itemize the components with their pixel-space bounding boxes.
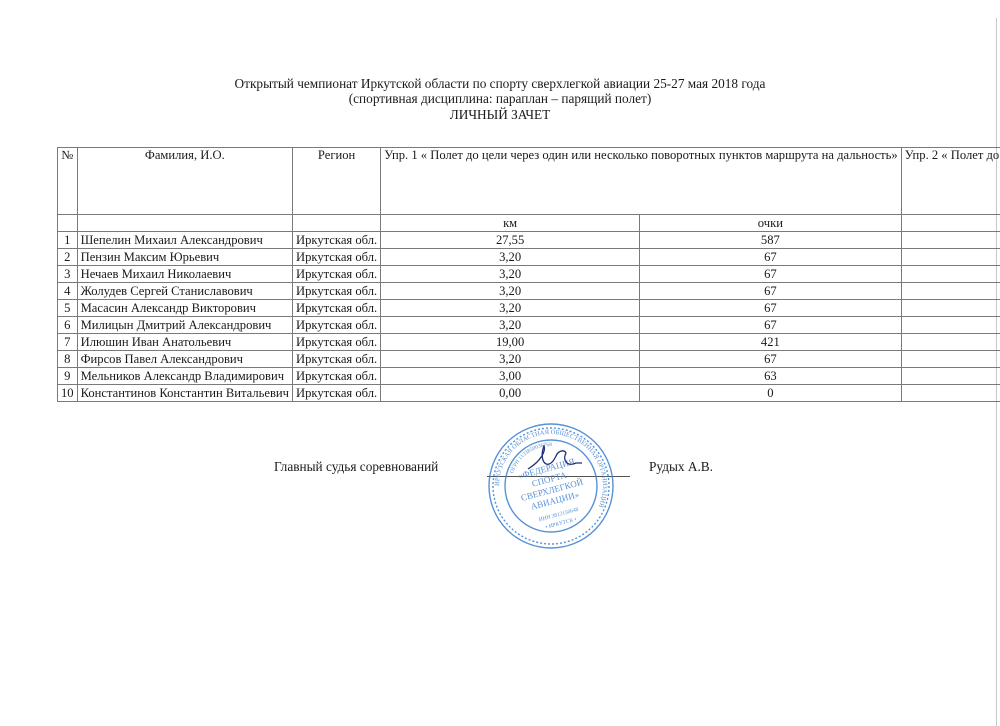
row-name: Жолудев Сергей Станиславович <box>77 283 292 300</box>
row-region: Иркутская обл. <box>293 334 381 351</box>
table-row: 10Константинов Константин ВитальевичИрку… <box>58 385 1000 402</box>
row-num: 8 <box>58 351 78 368</box>
row-name: Пензин Максим Юрьевич <box>77 249 292 266</box>
row-num: 3 <box>58 266 78 283</box>
row-ex1-km: 3,20 <box>381 351 640 368</box>
header-row: № Фамилия, И.О. Регион Упр. 1 « Полет до… <box>58 148 1000 215</box>
row-num: 6 <box>58 317 78 334</box>
document-section-title: ЛИЧНЫЙ ЗАЧЕТ <box>0 107 1000 122</box>
row-name: Илюшин Иван Анатольевич <box>77 334 292 351</box>
row-ex1-pts: 67 <box>640 300 902 317</box>
row-ex1-km: 27,55 <box>381 232 640 249</box>
row-ex1-pts: 67 <box>640 317 902 334</box>
row-ex2-km: 3,00 <box>901 249 1000 266</box>
row-ex1-km: 3,20 <box>381 283 640 300</box>
row-region: Иркутская обл. <box>293 368 381 385</box>
row-num: 5 <box>58 300 78 317</box>
row-ex2-km: 3,00 <box>901 300 1000 317</box>
row-ex2-km: 0,00 <box>901 334 1000 351</box>
table-row: 6Милицын Дмитрий АлександровичИркутская … <box>58 317 1000 334</box>
row-ex1-km: 19,00 <box>381 334 640 351</box>
row-region: Иркутская обл. <box>293 351 381 368</box>
table-row: 2Пензин Максим ЮрьевичИркутская обл.3,20… <box>58 249 1000 266</box>
row-ex2-km: 3,00 <box>901 266 1000 283</box>
row-ex1-pts: 0 <box>640 385 902 402</box>
row-ex1-km: 3,00 <box>381 368 640 385</box>
row-ex2-km: 0,00 <box>901 351 1000 368</box>
row-name: Масасин Александр Викторович <box>77 300 292 317</box>
row-ex1-pts: 63 <box>640 368 902 385</box>
row-ex1-km: 0,00 <box>381 385 640 402</box>
units-row: км очки км очки очки <box>58 215 1000 232</box>
header-name: Фамилия, И.О. <box>77 148 292 215</box>
official-stamp-icon: ИРКУТСКАЯ ОБЛАСТНАЯ ОБЩЕСТВЕННАЯ ОРГАНИЗ… <box>486 421 616 551</box>
header-exercise-2: Упр. 2 « Полет до цели через один или не… <box>901 148 1000 215</box>
table-row: 1Шепелин Михаил АлександровичИркутская о… <box>58 232 1000 249</box>
row-name: Нечаев Михаил Николаевич <box>77 266 292 283</box>
signature-name: Рудых А.В. <box>649 459 713 475</box>
row-num: 9 <box>58 368 78 385</box>
row-region: Иркутская обл. <box>293 249 381 266</box>
document-subtitle: (спортивная дисциплина: параплан – парящ… <box>0 91 1000 106</box>
results-table: № Фамилия, И.О. Регион Упр. 1 « Полет до… <box>57 147 1000 402</box>
row-num: 10 <box>58 385 78 402</box>
row-ex1-pts: 67 <box>640 249 902 266</box>
table-row: 3Нечаев Михаил НиколаевичИркутская обл.3… <box>58 266 1000 283</box>
document-title: Открытый чемпионат Иркутской области по … <box>0 76 1000 91</box>
row-region: Иркутская обл. <box>293 232 381 249</box>
row-region: Иркутская обл. <box>293 266 381 283</box>
table-row: 5Масасин Александр ВикторовичИркутская о… <box>58 300 1000 317</box>
row-ex2-km: 0,00 <box>901 368 1000 385</box>
row-name: Мельников Александр Владимирович <box>77 368 292 385</box>
row-ex1-km: 3,20 <box>381 300 640 317</box>
unit-ex1-pts: очки <box>640 215 902 232</box>
row-region: Иркутская обл. <box>293 300 381 317</box>
table-row: 4Жолудев Сергей СтаниславовичИркутская о… <box>58 283 1000 300</box>
header-exercise-1: Упр. 1 « Полет до цели через один или не… <box>381 148 902 215</box>
unit-ex1-km: км <box>381 215 640 232</box>
row-ex2-km: 3,00 <box>901 317 1000 334</box>
table-row: 9Мельников Александр ВладимировичИркутск… <box>58 368 1000 385</box>
row-name: Милицын Дмитрий Александрович <box>77 317 292 334</box>
row-num: 2 <box>58 249 78 266</box>
row-ex2-km: 0,00 <box>901 385 1000 402</box>
signature-label: Главный судья соревнований <box>274 459 438 475</box>
row-ex2-km: 0,00 <box>901 283 1000 300</box>
row-num: 4 <box>58 283 78 300</box>
header-region: Регион <box>293 148 381 215</box>
unit-ex2-km: км <box>901 215 1000 232</box>
row-ex1-pts: 421 <box>640 334 902 351</box>
row-ex2-km: 7,04 <box>901 232 1000 249</box>
row-ex1-pts: 587 <box>640 232 902 249</box>
row-num: 1 <box>58 232 78 249</box>
row-ex1-pts: 67 <box>640 283 902 300</box>
row-region: Иркутская обл. <box>293 385 381 402</box>
row-ex1-pts: 67 <box>640 351 902 368</box>
row-region: Иркутская обл. <box>293 317 381 334</box>
row-name: Фирсов Павел Александрович <box>77 351 292 368</box>
row-ex1-km: 3,20 <box>381 266 640 283</box>
header-num: № <box>58 148 78 215</box>
table-row: 8Фирсов Павел АлександровичИркутская обл… <box>58 351 1000 368</box>
row-ex1-km: 3,20 <box>381 249 640 266</box>
row-ex1-km: 3,20 <box>381 317 640 334</box>
row-region: Иркутская обл. <box>293 283 381 300</box>
row-name: Шепелин Михаил Александрович <box>77 232 292 249</box>
row-name: Константинов Константин Витальевич <box>77 385 292 402</box>
table-row: 7Илюшин Иван АнатольевичИркутская обл.19… <box>58 334 1000 351</box>
row-num: 7 <box>58 334 78 351</box>
row-ex1-pts: 67 <box>640 266 902 283</box>
